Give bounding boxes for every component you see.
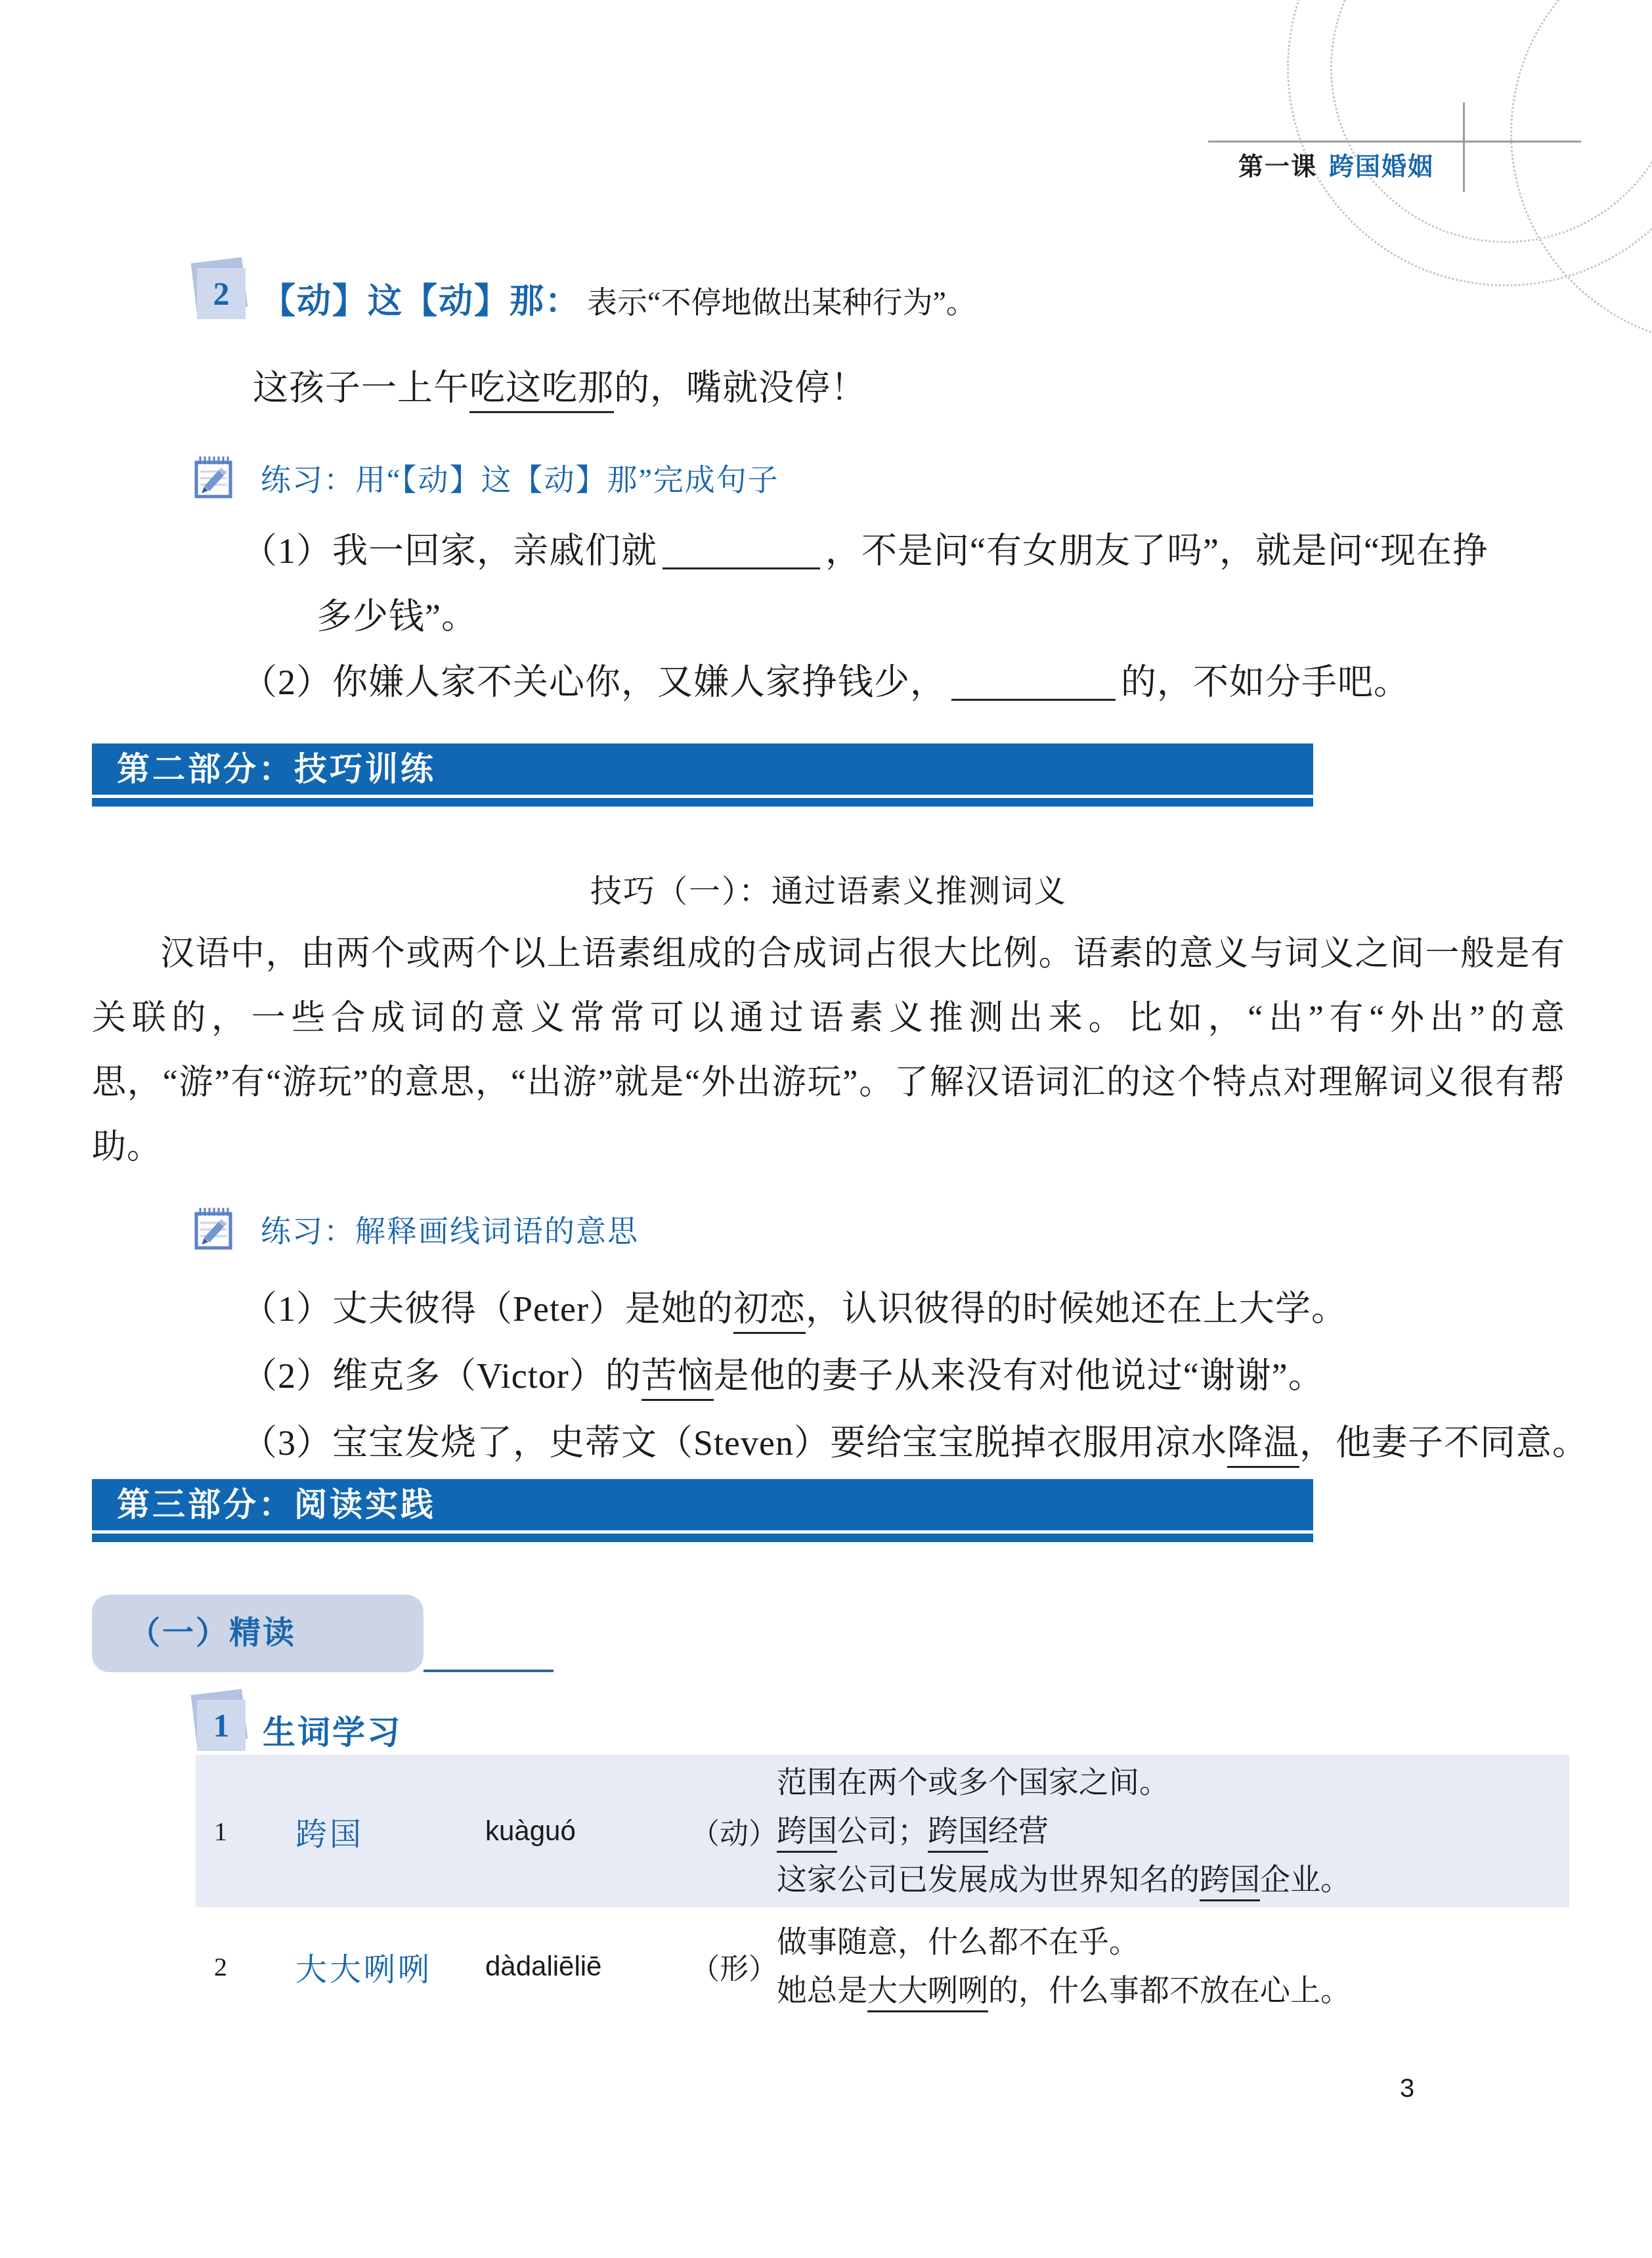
item-text: （3）宝宝发烧了，史蒂文（Steven）要给宝宝脱掉衣服用凉水: [242, 1423, 1227, 1463]
section-banner: 第二部分：技巧训练: [92, 743, 1313, 807]
definition-text: 这家公司已发展成为世界知名的: [777, 1863, 1200, 1896]
definition-text: 企业。: [1260, 1863, 1351, 1896]
definition-line: 她总是大大咧咧的，什么事都不放在心上。: [777, 1966, 1351, 2015]
exercise-item: （2）你嫌人家不关心你，又嫌人家挣钱少，的，不如分手吧。: [242, 654, 1410, 705]
underlined-word: 跨国: [1200, 1863, 1260, 1901]
example-pre: 这孩子一上午: [253, 368, 469, 408]
item-text: （1）丈夫彼得（Peter）是她的: [242, 1289, 733, 1329]
vocab-word: 跨国: [295, 1809, 364, 1854]
exercise-title: 练习：用“【动】这【动】那”完成句子: [261, 456, 779, 499]
definition-text: 公司；: [837, 1814, 928, 1848]
vocab-pos: （动）: [691, 1810, 777, 1852]
notepad-pencil-icon: [194, 1207, 233, 1251]
exercise-header: 练习：用“【动】这【动】那”完成句子: [194, 456, 779, 499]
vocab-block-marker: 1: [197, 1698, 248, 1752]
underlined-word: 降温: [1227, 1423, 1299, 1468]
underlined-word: 跨国: [928, 1814, 988, 1853]
definition-text: 经营: [988, 1814, 1049, 1848]
header-rule-horizontal: [1208, 141, 1581, 143]
item-text: 的，不如分手吧。: [1121, 663, 1410, 702]
vocab-pinyin: kuàguó: [485, 1815, 576, 1847]
item-text: ，认识彼得的时候她还在上大学。: [806, 1289, 1347, 1329]
vocab-word: 大大咧咧: [295, 1944, 432, 1989]
marker-number: 1: [197, 1700, 246, 1751]
banner-strip: [92, 798, 1313, 807]
definition-line: 跨国公司；跨国经营: [777, 1807, 1351, 1855]
banner-title: 第三部分：阅读实践: [92, 1479, 1313, 1530]
item-text: ，不是问“有女朋友了吗”，就是问“现在挣: [825, 531, 1489, 571]
item-text: 多少钱”。: [316, 597, 477, 636]
vocab-definition: 做事随意，什么都不在乎。 她总是大大咧咧的，什么事都不放在心上。: [777, 1918, 1351, 2015]
underlined-word: 大大咧咧: [867, 1974, 988, 2012]
vocab-index: 2: [214, 1951, 227, 1982]
reading-tab-pill: （一）精读: [92, 1595, 424, 1672]
fill-blank[interactable]: [951, 692, 1116, 701]
underlined-word: 初恋: [733, 1289, 806, 1334]
item-text: ，他妻子不同意。: [1299, 1423, 1588, 1463]
page-number: 3: [1400, 2074, 1414, 2104]
header-rule-vertical: [1463, 102, 1465, 192]
vocab-block-title: 生词学习: [263, 1706, 402, 1754]
definition-text: 的，什么事都不放在心上。: [988, 1974, 1351, 2007]
underlined-word: 吃这吃那: [469, 368, 614, 413]
exercise-item: （1）丈夫彼得（Peter）是她的初恋，认识彼得的时候她还在上大学。: [242, 1281, 1347, 1331]
lesson-number: 第一课: [1238, 153, 1317, 181]
body-paragraph: 汉语中，由两个或两个以上语素组成的合成词占很大比例。语素的意义与词义之间一般是有…: [92, 922, 1565, 1180]
marker-number: 2: [197, 268, 246, 319]
exercise-item: （1）我一回家，亲戚们就，不是问“有女朋友了吗”，就是问“现在挣: [242, 523, 1489, 573]
exercise-item: （3）宝宝发烧了，史蒂文（Steven）要给宝宝脱掉衣服用凉水降温，他妻子不同意…: [242, 1415, 1588, 1465]
banner-title: 第二部分：技巧训练: [92, 743, 1313, 795]
grammar-heading: 【动】这【动】那： 表示“不停地做出某种行为”。: [261, 273, 976, 322]
page-header: 第一课跨国婚姻: [1238, 146, 1434, 182]
item-text: （1）我一回家，亲戚们就: [242, 531, 657, 571]
exercise-header: 练习：解释画线词语的意思: [194, 1207, 639, 1251]
notepad-pencil-icon: [194, 456, 233, 499]
vocab-pinyin: dàdaliēliē: [485, 1951, 601, 1982]
exercise-item-continuation: 多少钱”。: [316, 588, 477, 639]
grammar-point-marker: 2: [197, 267, 248, 321]
grammar-explanation: 表示“不停地做出某种行为”。: [587, 278, 976, 322]
definition-text: 做事随意，什么都不在乎。: [777, 1925, 1139, 1959]
definition-text: 她总是: [777, 1974, 867, 2007]
banner-strip: [92, 1534, 1313, 1542]
item-text: （2）你嫌人家不关心你，又嫌人家挣钱少，: [242, 663, 946, 702]
exercise-title: 练习：解释画线词语的意思: [261, 1207, 639, 1251]
definition-line: 做事随意，什么都不在乎。: [777, 1918, 1351, 1966]
fill-blank[interactable]: [663, 561, 820, 569]
dotted-circle-right: [1510, 0, 1652, 345]
underlined-word: 苦恼: [641, 1356, 714, 1401]
vocab-row: 2 大大咧咧 dàdaliēliē （形） 做事随意，什么都不在乎。 她总是大大…: [196, 1907, 1569, 2026]
underlined-word: 跨国: [777, 1814, 837, 1853]
section-banner: 第三部分：阅读实践: [92, 1479, 1313, 1542]
lesson-topic: 跨国婚姻: [1329, 153, 1434, 181]
vocab-row: 1 跨国 kuàguó （动） 范围在两个或多个国家之间。 跨国公司；跨国经营 …: [196, 1755, 1569, 1907]
vocab-index: 1: [214, 1816, 227, 1847]
exercise-item: （2）维克多（Victor）的苦恼是他的妻子从来没有对他说过“谢谢”。: [242, 1348, 1324, 1398]
skill-subtitle: 技巧（一）：通过语素义推测词义: [92, 866, 1565, 911]
grammar-pattern: 【动】这【动】那：: [261, 273, 580, 322]
textbook-page: 第一课跨国婚姻 2 【动】这【动】那： 表示“不停地做出某种行为”。 这孩子一上…: [0, 0, 1652, 2258]
vocab-pos: （形）: [691, 1945, 777, 1987]
definition-line: 范围在两个或多个国家之间。: [777, 1758, 1351, 1807]
vocab-definition: 范围在两个或多个国家之间。 跨国公司；跨国经营 这家公司已发展成为世界知名的跨国…: [777, 1758, 1351, 1904]
tab-underline: [424, 1670, 554, 1672]
item-text: （2）维克多（Victor）的: [242, 1356, 641, 1396]
example-sentence: 这孩子一上午吃这吃那的，嘴就没停！: [253, 360, 867, 410]
example-post: 的，嘴就没停！: [614, 368, 867, 408]
definition-text: 范围在两个或多个国家之间。: [777, 1765, 1169, 1799]
item-text: 是他的妻子从来没有对他说过“谢谢”。: [714, 1356, 1324, 1396]
definition-line: 这家公司已发展成为世界知名的跨国企业。: [777, 1855, 1351, 1904]
